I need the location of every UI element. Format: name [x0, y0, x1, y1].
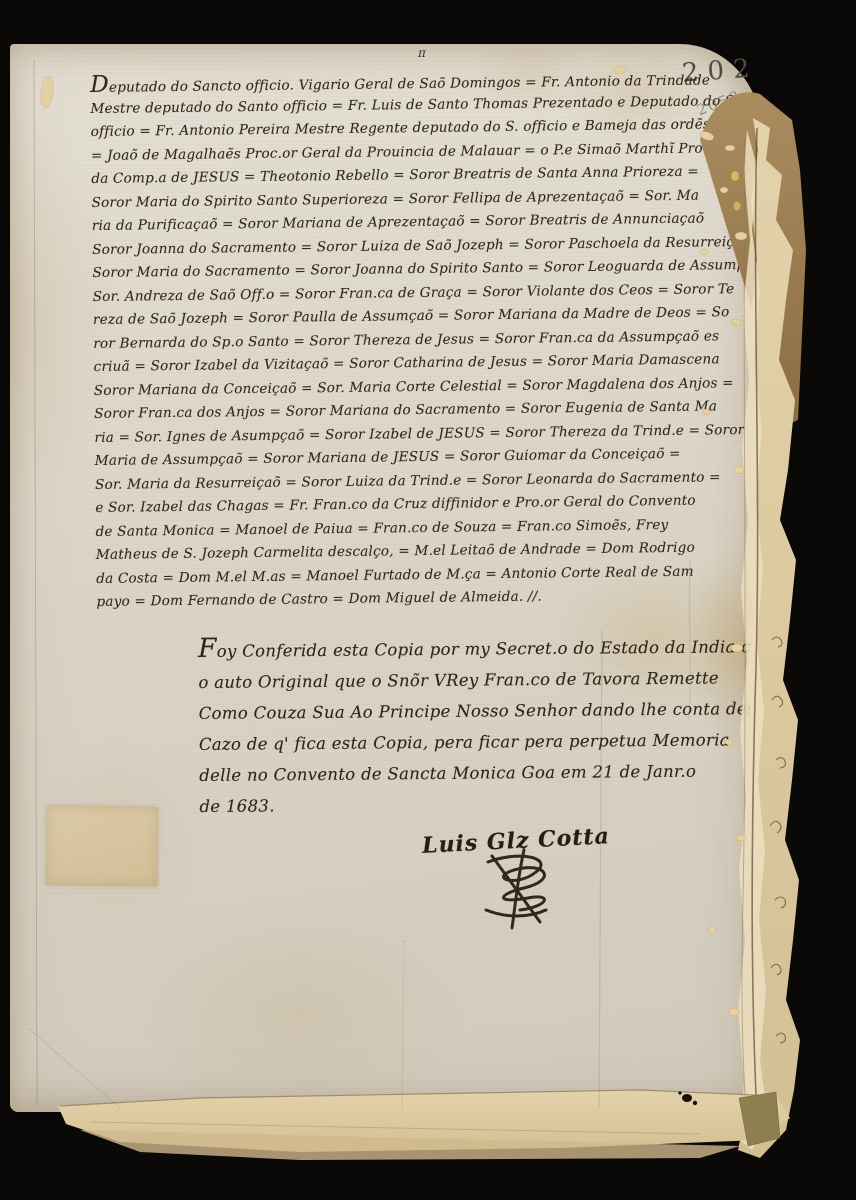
- certification-line: Como Couza Sua Ao Principe Nosso Senhor …: [199, 693, 759, 729]
- certification-line: o auto Original que o Snõr VRey Fran.co …: [198, 662, 758, 698]
- certification-line: Cazo de q' fica esta Copia, pera ficar p…: [199, 724, 759, 760]
- certification-line: delle no Convento de Sancta Monica Goa e…: [199, 755, 759, 791]
- folio-top-mark: π: [418, 46, 426, 60]
- manuscript-page: π 202 2053 2 Deputado do Sancto officio.…: [10, 44, 762, 1112]
- archive-photograph: π 202 2053 2 Deputado do Sancto officio.…: [0, 0, 856, 1200]
- repair-patch: [46, 805, 159, 886]
- certification-line: de 1683.: [199, 786, 759, 822]
- certification-paragraph: Foy Conferida esta Copia por my Secret.o…: [198, 631, 760, 822]
- signature-rubric-icon: [458, 848, 578, 934]
- certification-line: Foy Conferida esta Copia por my Secret.o…: [198, 631, 758, 667]
- manuscript-body-text: Deputado do Sancto officio. Vigario Gera…: [90, 66, 757, 615]
